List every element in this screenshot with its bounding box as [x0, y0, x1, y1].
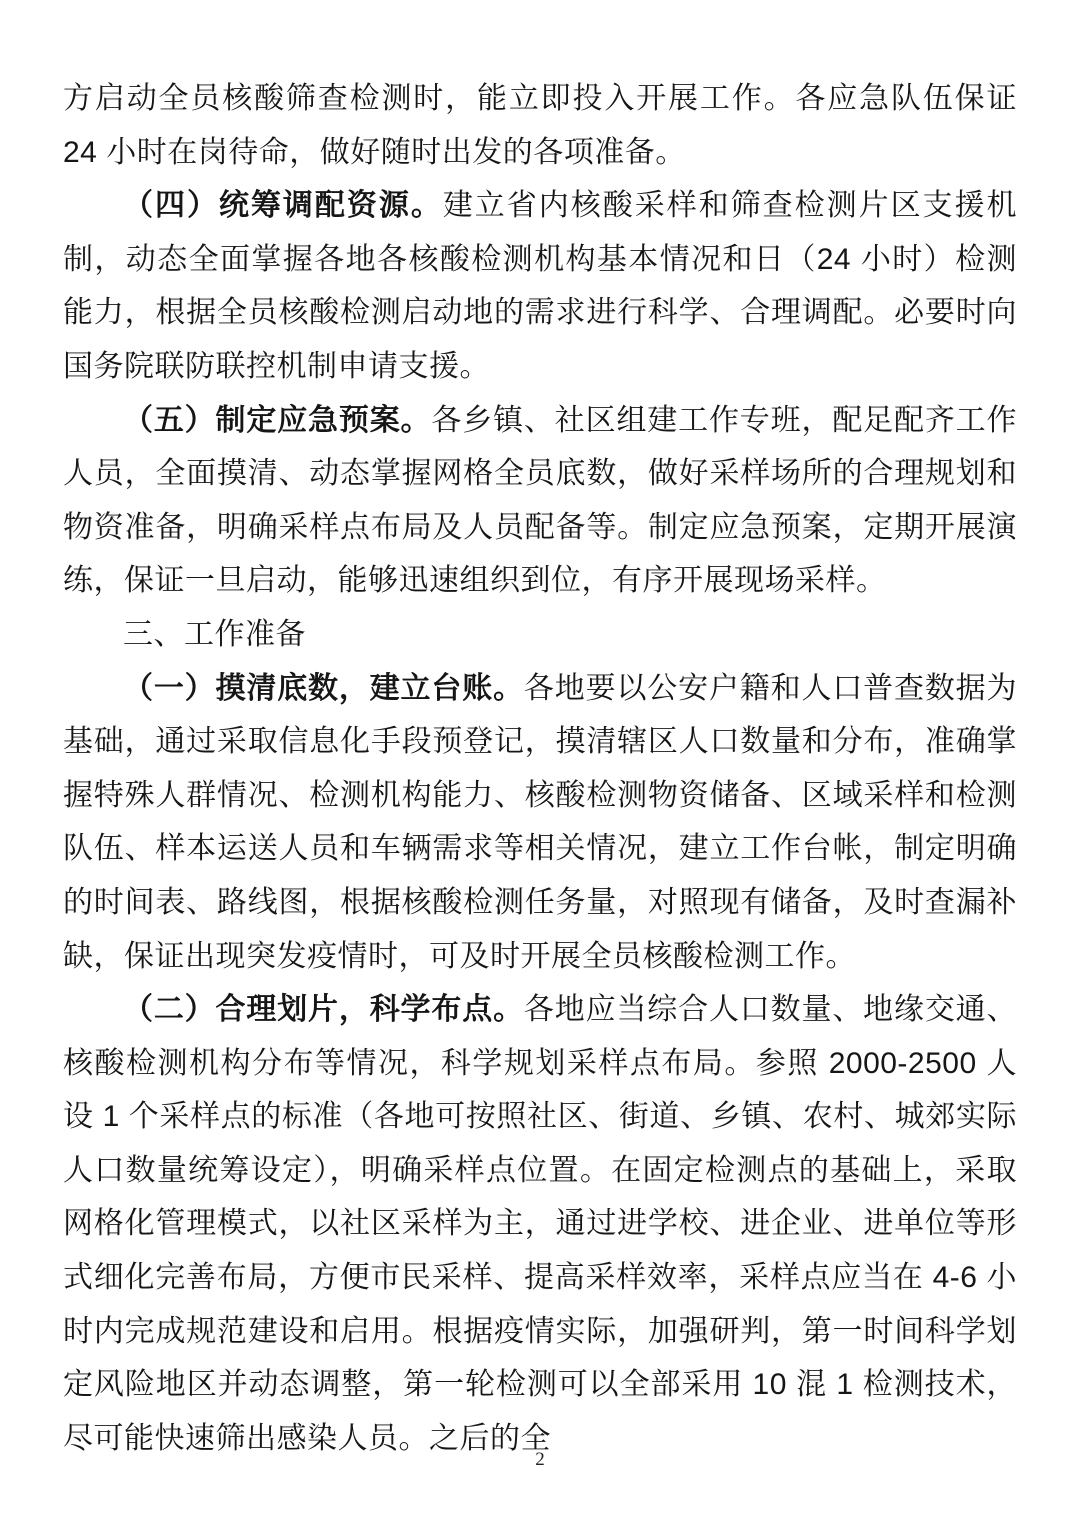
text-segment: 方启动全员核酸筛查检测时，能立即投入开展工作。各应急队伍保证 24 小时在岗待命…: [63, 82, 1017, 169]
section-heading-3: 三、工作准备: [63, 608, 1017, 662]
text-segment: 各地应当综合人口数量、地缘交通、核酸检测机构分布等情况，科学规划采样点布局。参照…: [63, 993, 1017, 1455]
document-page: 方启动全员核酸筛查检测时，能立即投入开展工作。各应急队伍保证 24 小时在岗待命…: [0, 0, 1080, 1527]
text-segment: 三、工作准备: [123, 618, 306, 651]
page-number: 2: [0, 1448, 1080, 1472]
paragraph-lead-bold: （五）制定应急预案。: [123, 404, 431, 437]
para-item-2: （二）合理划片，科学布点。各地应当综合人口数量、地缘交通、核酸检测机构分布等情况…: [63, 983, 1017, 1465]
para-item-5: （五）制定应急预案。各乡镇、社区组建工作专班，配足配齐工作人员，全面摸清、动态掌…: [63, 394, 1017, 608]
text-segment: 各地要以公安户籍和人口普查数据为基础，通过采取信息化手段预登记，摸清辖区人口数量…: [63, 672, 1017, 973]
paragraph-lead-bold: （四）统筹调配资源。: [123, 189, 443, 222]
document-body: 方启动全员核酸筛查检测时，能立即投入开展工作。各应急队伍保证 24 小时在岗待命…: [63, 72, 1017, 1465]
para-item-4: （四）统筹调配资源。建立省内核酸采样和筛查检测片区支援机制，动态全面掌握各地各核…: [63, 179, 1017, 393]
para-continuation: 方启动全员核酸筛查检测时，能立即投入开展工作。各应急队伍保证 24 小时在岗待命…: [63, 72, 1017, 179]
para-item-1: （一）摸清底数，建立台账。各地要以公安户籍和人口普查数据为基础，通过采取信息化手…: [63, 662, 1017, 984]
paragraph-lead-bold: （二）合理划片，科学布点。: [123, 993, 524, 1026]
paragraph-lead-bold: （一）摸清底数，建立台账。: [123, 672, 524, 705]
